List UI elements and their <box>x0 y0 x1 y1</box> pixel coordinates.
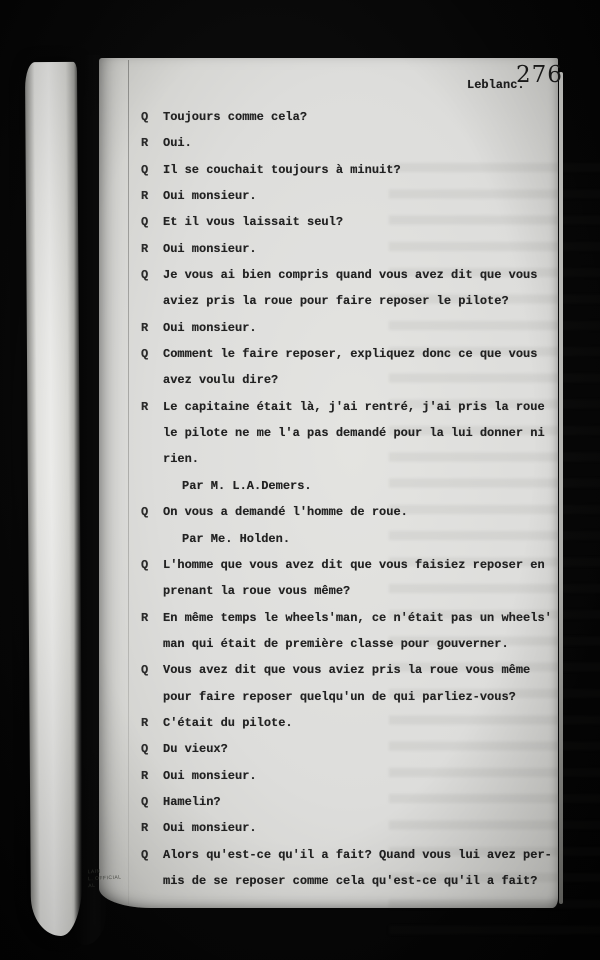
transcript-line: QHamelin? <box>141 795 553 821</box>
line-text: Du vieux? <box>163 742 228 756</box>
transcript-line: ROui monsieur. <box>141 821 553 847</box>
line-text: Par Me. Holden. <box>163 532 290 546</box>
speaker-marker: R <box>141 769 163 783</box>
line-text: aviez pris la roue pour faire reposer le… <box>163 294 509 308</box>
line-text: mis de se reposer comme cela qu'est-ce q… <box>163 874 537 888</box>
transcript-line: QIl se couchait toujours à minuit? <box>141 163 553 189</box>
page-fold-line <box>128 60 129 905</box>
transcript-line: RLe capitaine était là, j'ai rentré, j'a… <box>141 400 553 426</box>
line-text: Oui monsieur. <box>163 821 257 835</box>
line-text: Oui. <box>163 136 192 150</box>
transcript-line: le pilote ne me l'a pas demandé pour la … <box>141 426 553 452</box>
speaker-marker: Q <box>141 163 163 177</box>
line-text: le pilote ne me l'a pas demandé pour la … <box>163 426 545 440</box>
line-text: Par M. L.A.Demers. <box>163 479 312 493</box>
speaker-marker: R <box>141 716 163 730</box>
line-text: Alors qu'est-ce qu'il a fait? Quand vous… <box>163 848 552 862</box>
transcript: QToujours comme cela?ROui.QIl se couchai… <box>141 110 553 900</box>
transcript-line: RC'était du pilote. <box>141 716 553 742</box>
speaker-marker: R <box>141 189 163 203</box>
transcript-line: REn même temps le wheels'man, ce n'était… <box>141 611 553 637</box>
speaker-marker: Q <box>141 505 163 519</box>
line-text: Le capitaine était là, j'ai rentré, j'ai… <box>163 400 545 414</box>
line-text: Vous avez dit que vous aviez pris la rou… <box>163 663 530 677</box>
transcript-line: QToujours comme cela? <box>141 110 553 136</box>
transcript-line: ROui monsieur. <box>141 321 553 347</box>
line-text: Comment le faire reposer, expliquez donc… <box>163 347 537 361</box>
transcript-line: ROui monsieur. <box>141 242 553 268</box>
line-text: L'homme que vous avez dit que vous faisi… <box>163 558 545 572</box>
speaker-marker: Q <box>141 795 163 809</box>
transcript-line: QJe vous ai bien compris quand vous avez… <box>141 268 553 294</box>
transcript-line: Par Me. Holden. <box>141 532 553 558</box>
line-text: On vous a demandé l'homme de roue. <box>163 505 408 519</box>
speaker-marker: R <box>141 400 163 414</box>
line-text: rien. <box>163 452 199 466</box>
transcript-line: ROui. <box>141 136 553 162</box>
transcript-line: mis de se reposer comme cela qu'est-ce q… <box>141 874 553 900</box>
line-text: C'était du pilote. <box>163 716 293 730</box>
transcript-line: ROui monsieur. <box>141 189 553 215</box>
transcript-line: QComment le faire reposer, expliquez don… <box>141 347 553 373</box>
transcript-line: QOn vous a demandé l'homme de roue. <box>141 505 553 531</box>
line-text: Oui monsieur. <box>163 189 257 203</box>
transcript-line: pour faire reposer quelqu'un de qui parl… <box>141 690 553 716</box>
transcript-line: ROui monsieur. <box>141 769 553 795</box>
speaker-marker: R <box>141 321 163 335</box>
speaker-marker: Q <box>141 558 163 572</box>
line-text: Oui monsieur. <box>163 769 257 783</box>
transcript-line: QDu vieux? <box>141 742 553 768</box>
speaker-marker: R <box>141 611 163 625</box>
speaker-marker: R <box>141 821 163 835</box>
line-text: Il se couchait toujours à minuit? <box>163 163 401 177</box>
line-text: man qui était de première classe pour go… <box>163 637 509 651</box>
transcript-line: Par M. L.A.Demers. <box>141 479 553 505</box>
line-text: Je vous ai bien compris quand vous avez … <box>163 268 537 282</box>
speaker-marker: Q <box>141 848 163 862</box>
page-number: 276 <box>516 62 563 88</box>
transcript-line: prenant la roue vous même? <box>141 584 553 610</box>
line-text: pour faire reposer quelqu'un de qui parl… <box>163 690 516 704</box>
line-text: avez voulu dire? <box>163 373 278 387</box>
speaker-marker: Q <box>141 663 163 677</box>
line-text: Oui monsieur. <box>163 242 257 256</box>
speaker-marker: Q <box>141 215 163 229</box>
transcript-line: rien. <box>141 452 553 478</box>
scanned-document-photo: Leblanc. 276 QToujours comme cela?ROui.Q… <box>0 0 600 960</box>
reporter-stamp: LAIN L. OFFICIAL AL <box>87 867 136 890</box>
transcript-line: QEt il vous laissait seul? <box>141 215 553 241</box>
line-text: Hamelin? <box>163 795 221 809</box>
transcript-line: QVous avez dit que vous aviez pris la ro… <box>141 663 553 689</box>
speaker-marker: R <box>141 242 163 256</box>
line-text: Oui monsieur. <box>163 321 257 335</box>
speaker-marker: Q <box>141 268 163 282</box>
transcript-line: avez voulu dire? <box>141 373 553 399</box>
speaker-marker: Q <box>141 347 163 361</box>
speaker-marker: Q <box>141 110 163 124</box>
line-text: Toujours comme cela? <box>163 110 307 124</box>
transcript-line: aviez pris la roue pour faire reposer le… <box>141 294 553 320</box>
speaker-marker: Q <box>141 742 163 756</box>
page-stack-edge <box>559 72 563 904</box>
transcript-line: man qui était de première classe pour go… <box>141 637 553 663</box>
line-text: Et il vous laissait seul? <box>163 215 343 229</box>
transcript-line: QAlors qu'est-ce qu'il a fait? Quand vou… <box>141 848 553 874</box>
transcript-line: QL'homme que vous avez dit que vous fais… <box>141 558 553 584</box>
line-text: En même temps le wheels'man, ce n'était … <box>163 611 552 625</box>
speaker-marker: R <box>141 136 163 150</box>
line-text: prenant la roue vous même? <box>163 584 350 598</box>
